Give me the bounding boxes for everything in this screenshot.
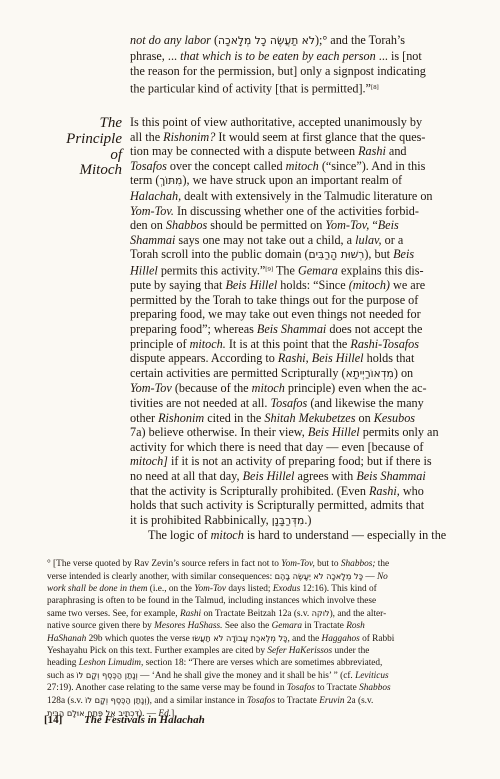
text-run-italic: Rashi xyxy=(358,144,386,158)
text-run: ), and the alter- xyxy=(330,609,387,619)
text-run-italic: Beis Hillel xyxy=(308,425,360,439)
text-line: preparing food”; whereas Beis Shammai do… xyxy=(130,322,459,337)
text-run: says one may not take out a child, a xyxy=(175,233,355,247)
hebrew-phrase: מִתּוֹךְ xyxy=(159,174,182,187)
text-run: ) on xyxy=(394,366,413,380)
text-line: preparing food, we may take out even thi… xyxy=(130,307,459,322)
text-run: 7a) believe otherwise. In their view, xyxy=(130,425,308,439)
hebrew-phrase: מִדְּרַבָּנָן xyxy=(272,514,305,527)
text-run: preparing food”; whereas xyxy=(130,322,257,336)
text-run: should be permitted on xyxy=(207,218,325,232)
text-run-italic: Rashi xyxy=(180,609,201,619)
text-run-italic: mitoch xyxy=(286,159,319,173)
text-run: Torah scroll into the public domain ( xyxy=(130,247,309,261)
text-run-italic: Yom-Tov xyxy=(130,381,172,395)
text-line: not do any labor (לֹא תַעֲשֶׂה כָל מְלָא… xyxy=(130,33,459,49)
text-run: heading xyxy=(47,658,79,668)
text-run: to Tractate xyxy=(315,683,359,693)
hebrew-phrase: וְנָתַן הַכֶּסֶף וְקָם לוֹ xyxy=(85,695,146,705)
text-run: .) xyxy=(304,513,311,527)
text-line: it is prohibited Rabbinically, מִדְּרַבָ… xyxy=(130,513,459,529)
text-run: (i.e., on the xyxy=(147,584,194,594)
text-line: same two verses. See, for example, Rashi… xyxy=(47,607,462,620)
text-line: work shall be done in them (i.e., on the… xyxy=(47,583,462,595)
text-run: under the xyxy=(332,646,369,656)
text-run: activity for which there is need that da… xyxy=(130,440,423,454)
text-line: Shammai says one may not take out a chil… xyxy=(130,233,459,248)
text-run: verse intended is clearly another, with … xyxy=(47,572,275,582)
text-run-italic: Shitah Mekubetzes xyxy=(264,411,355,425)
text-run: tivities are not needed at all. xyxy=(130,396,270,410)
text-line: 27:19). Another case relating to the sam… xyxy=(47,682,462,694)
text-line: HaShanah 29b which quotes the verse כָּל… xyxy=(47,632,462,645)
text-run-italic: Shabbos xyxy=(359,683,391,693)
text-line: paraphrasing is often to be found in the… xyxy=(47,595,462,607)
text-line: no need at all that day, Beis Hillel agr… xyxy=(130,469,459,484)
text-run-italic: Mitoch xyxy=(80,162,123,178)
text-run: See also the xyxy=(223,621,272,631)
text-line: principle of mitoch. It is at this point… xyxy=(130,337,459,352)
text-run: who xyxy=(400,484,424,498)
text-line: Yeshayahu Pick on this text. Further exa… xyxy=(47,645,462,657)
text-run-italic: Gemara xyxy=(272,621,302,631)
text-line: 128a (s.v. וְנָתַן הַכֶּסֶף וְקָם לוֹ), … xyxy=(47,694,462,707)
hebrew-phrase: מִדְאוֹרַיְיתָא xyxy=(346,367,394,380)
text-run: section 18: “There are verses which are … xyxy=(143,658,382,668)
text-line: certain activities are permitted Scriptu… xyxy=(130,366,459,382)
text-line: den on Shabbos should be permitted on Yo… xyxy=(130,218,459,233)
text-line: native source given there by Mesores HaS… xyxy=(47,620,462,632)
text-run-italic: Rashi-Tosafos xyxy=(350,337,419,351)
text-run: all the xyxy=(130,130,163,144)
text-run: native source given there by xyxy=(47,621,154,631)
text-run: permits this activity.” xyxy=(158,264,266,278)
text-run: 2a (s.v. xyxy=(345,696,374,706)
text-run-italic: Kesubos xyxy=(374,411,415,425)
text-run-italic: Halachah, xyxy=(130,189,181,203)
text-line: the reason for the permission, but] only… xyxy=(130,64,459,80)
text-run: cited in the xyxy=(204,411,264,425)
text-run-italic: Shabbos xyxy=(166,218,207,232)
text-line: such as וְנָתַן הַכֶּסֶף וְקָם לוֹ — ‘An… xyxy=(47,669,462,682)
text-run-italic: HaShanah xyxy=(47,634,86,644)
text-run-italic: mitoch xyxy=(252,381,285,395)
text-run-italic: (mitoch) xyxy=(349,278,390,292)
text-run: ° [The verse quoted by Rav Zevin’s sourc… xyxy=(47,559,281,569)
text-run-italic: Yom-Tov, xyxy=(281,559,315,569)
text-run: other xyxy=(130,411,158,425)
text-run: 12:16). This kind of xyxy=(300,584,377,594)
text-run: permits only an xyxy=(360,425,439,439)
text-line: The logic of mitoch is hard to understan… xyxy=(130,528,459,543)
text-run-italic: Beis Hillel xyxy=(243,469,295,483)
text-run-italic: Beis Shammai xyxy=(356,469,425,483)
text-line: Mitoch xyxy=(28,163,122,179)
body-text: Is this point of view authoritative, acc… xyxy=(130,115,459,543)
text-line: holds that such activity is Scripturally… xyxy=(130,498,459,513)
text-run-italic: Beis xyxy=(393,247,414,261)
text-run: on Tractate Beitzah 12a (s.v. xyxy=(201,609,311,619)
text-run-italic: Yom-Tov xyxy=(194,584,226,594)
text-line: Yom-Tov (because of the mitoch principle… xyxy=(130,381,459,396)
text-run: or a xyxy=(382,233,404,247)
text-run: the xyxy=(375,559,389,569)
text-run: 29b which quotes the verse xyxy=(86,634,192,644)
text-run: days listed; xyxy=(226,584,273,594)
text-run-italic: mitoch. xyxy=(190,337,226,351)
text-run: dispute appears. According to xyxy=(130,351,278,365)
text-run-italic: Principle xyxy=(66,131,122,147)
text-run: ), and a similar instance in xyxy=(147,696,247,706)
text-line: activity for which there is need that da… xyxy=(130,440,459,455)
text-line: tion may be connected with a dispute bet… xyxy=(130,144,459,159)
text-run-italic: that which is to be eaten by each person xyxy=(180,49,376,63)
text-run: ... is [not xyxy=(376,49,422,63)
text-run-italic: of xyxy=(110,147,122,163)
text-run: ), but xyxy=(364,247,393,261)
text-run: holds that xyxy=(364,351,415,365)
text-run-italic: Exodus xyxy=(273,584,300,594)
text-run-italic: No xyxy=(377,572,388,582)
book-title: The Festivals in Halachah xyxy=(84,714,205,726)
text-run: , and the xyxy=(287,634,321,644)
text-run-italic: Rosh xyxy=(346,621,365,631)
text-run-italic: Tosafos xyxy=(130,159,167,173)
text-run: but to xyxy=(315,559,341,569)
hebrew-phrase: לֹא תַעֲשֶׂה כָל מְלָאכָה xyxy=(218,34,315,47)
text-run: pute by saying that xyxy=(130,278,225,292)
text-line: other Rishonim cited in the Shitah Mekub… xyxy=(130,411,459,426)
text-run-italic: mitoch] xyxy=(130,454,168,468)
text-run-italic: Sefer HaKerissos xyxy=(267,646,332,656)
text-run-italic: Eruvin xyxy=(319,696,344,706)
text-line: that the activity is Scripturally prohib… xyxy=(130,484,459,499)
text-run: In discussing whether one of the activit… xyxy=(174,204,419,218)
text-run: holds that such activity is Scripturally… xyxy=(130,498,424,512)
text-run-italic: Rishonim? xyxy=(163,130,215,144)
text-run: tion may be connected with a dispute bet… xyxy=(130,144,358,158)
text-run-italic: Hillel xyxy=(130,264,158,278)
text-run-italic: Leshon Limudim, xyxy=(79,658,144,668)
text-run: phrase, ... xyxy=(130,49,180,63)
text-run: permitted by the Torah to take things ou… xyxy=(130,293,418,307)
text-run: certain activities are permitted Scriptu… xyxy=(130,366,346,380)
text-run-italic: Rashi, Beis Hillel xyxy=(278,351,364,365)
text-run-italic: not do any labor xyxy=(130,33,214,47)
text-run: Is this point of view authoritative, acc… xyxy=(130,115,422,129)
footnote-ref: [9] xyxy=(265,266,273,273)
text-run: It would seem at first glance that the q… xyxy=(215,130,425,144)
text-run-italic: Tosafos xyxy=(247,696,275,706)
text-run-italic: work shall be done in them xyxy=(47,584,147,594)
text-run: dealt with extensively in the Talmudic l… xyxy=(181,189,432,203)
text-line: tivities are not needed at all. Tosafos … xyxy=(130,396,459,411)
text-line: Torah scroll into the public domain (רְש… xyxy=(130,247,459,263)
text-run-italic: Rashi, xyxy=(369,484,400,498)
text-run: 128a (s.v. xyxy=(47,696,85,706)
footnote-ref: [8] xyxy=(371,84,379,91)
text-run: no need at all that day, xyxy=(130,469,243,483)
hebrew-phrase: רְשׁוּת הָרַבִּים xyxy=(309,248,365,261)
text-run: 27:19). Another case relating to the sam… xyxy=(47,683,287,693)
footnote: ° [The verse quoted by Rav Zevin’s sourc… xyxy=(47,558,462,720)
text-line: all the Rishonim? It would seem at first… xyxy=(130,130,459,145)
text-line: 7a) believe otherwise. In their view, Be… xyxy=(130,425,459,440)
text-run-italic: Gemara xyxy=(298,264,338,278)
text-run: the reason for the permission, but] only… xyxy=(130,64,426,78)
text-line: dispute appears. According to Rashi, Bei… xyxy=(130,351,459,366)
text-run: — xyxy=(363,572,377,582)
text-run: to Tractate xyxy=(275,696,319,706)
text-run: term ( xyxy=(130,173,159,187)
text-run-italic: Shammai xyxy=(130,233,175,247)
text-run: that the activity is Scripturally prohib… xyxy=(130,484,369,498)
text-run-italic: Tosafos xyxy=(270,396,307,410)
text-run-italic: Beis Shammai xyxy=(257,322,326,336)
text-run-italic: lulav, xyxy=(355,233,382,247)
hebrew-phrase: כָּל מְלֶאכֶת עֲבוֹדָה לֹא תַעֲשׂוּ xyxy=(192,633,287,643)
text-run-italic: Beis xyxy=(378,218,399,232)
text-line: permitted by the Torah to take things ou… xyxy=(130,293,459,308)
text-run: of Rabbi xyxy=(360,634,395,644)
book-page: not do any labor (לֹא תַעֲשֶׂה כָל מְלָא… xyxy=(0,0,500,779)
text-line: Hillel permits this activity.”[9] The Ge… xyxy=(130,263,459,278)
text-run: paraphrasing is often to be found in the… xyxy=(47,596,376,606)
text-run: we are xyxy=(390,278,425,292)
text-run-italic: Haggahos xyxy=(322,634,360,644)
text-run: such as xyxy=(47,671,76,681)
text-run: den on xyxy=(130,218,166,232)
text-run: and xyxy=(386,144,407,158)
text-line: pute by saying that Beis Hillel holds: “… xyxy=(130,278,459,293)
text-line: verse intended is clearly another, with … xyxy=(47,570,462,583)
text-run: ), we have struck upon an important real… xyxy=(182,173,402,187)
text-line: heading Leshon Limudim, section 18: “The… xyxy=(47,657,462,669)
hebrew-phrase: לוקה xyxy=(312,608,330,618)
text-run: — ‘And he shall give the money and it sh… xyxy=(138,671,355,681)
text-line: Yom-Tov. In discussing whether one of th… xyxy=(130,204,459,219)
text-run: preparing food, we may take out even thi… xyxy=(130,307,421,321)
quote-paragraph: not do any labor (לֹא תַעֲשֶׂה כָל מְלָא… xyxy=(130,33,459,97)
text-run: It is at this point that the xyxy=(226,337,351,351)
text-run: does not accept the xyxy=(326,322,422,336)
text-run: The logic of xyxy=(148,528,211,542)
page-number: [14] xyxy=(44,714,62,726)
text-run-italic: The xyxy=(100,115,123,131)
text-run: it is prohibited Rabbinically, xyxy=(130,513,272,527)
text-run: The xyxy=(273,264,298,278)
margin-heading: ThePrincipleofMitoch xyxy=(28,116,122,179)
text-line: Principle xyxy=(28,132,122,148)
text-line: of xyxy=(28,148,122,164)
text-run: on xyxy=(355,411,373,425)
text-run-italic: Beis Hillel xyxy=(225,278,277,292)
text-line: mitoch] if it is not an activity of prep… xyxy=(130,454,459,469)
text-run-italic: Leviticus xyxy=(355,671,389,681)
text-run-italic: Tosafos xyxy=(287,683,315,693)
hebrew-phrase: כָּל מְלָאכָה לֹא יֵעָשֶׂה בָהֶם xyxy=(275,571,363,581)
text-run: (and likewise the many xyxy=(307,396,423,410)
text-run: (because of the xyxy=(172,381,252,395)
text-run: “ xyxy=(369,218,377,232)
text-run: is hard to understand — especially in th… xyxy=(244,528,446,542)
hebrew-phrase: וְנָתַן הַכֶּסֶף וְקָם לוֹ xyxy=(76,670,137,680)
text-run: principle of xyxy=(130,337,190,351)
text-line: the particular kind of activity [that is… xyxy=(130,80,459,97)
text-run-italic: Mesores HaShass. xyxy=(154,621,222,631)
text-run: );° and the Torah’s xyxy=(315,33,405,47)
page-footer: [14] The Festivals in Halachah xyxy=(44,714,205,726)
text-run: holds: “Since xyxy=(277,278,348,292)
text-line: term (מִתּוֹךְ), we have struck upon an … xyxy=(130,173,459,189)
text-line: The xyxy=(28,116,122,132)
text-line: phrase, ... that which is to be eaten by… xyxy=(130,49,459,65)
text-run-italic: Yom-Tov, xyxy=(325,218,369,232)
text-run: (“since”). And in this xyxy=(319,159,426,173)
text-run: explains this dis- xyxy=(338,264,424,278)
text-line: Halachah, dealt with extensively in the … xyxy=(130,189,459,204)
text-run: over the concept called xyxy=(167,159,286,173)
text-line: Is this point of view authoritative, acc… xyxy=(130,115,459,130)
text-run: in Tractate xyxy=(302,621,346,631)
text-line: Tosafos over the concept called mitoch (… xyxy=(130,159,459,174)
text-run: Yeshayahu Pick on this text. Further exa… xyxy=(47,646,267,656)
text-line: ° [The verse quoted by Rav Zevin’s sourc… xyxy=(47,558,462,570)
text-run-italic: Shabbos; xyxy=(341,559,376,569)
text-run: same two verses. See, for example, xyxy=(47,609,180,619)
text-run: if it is not an activity of preparing fo… xyxy=(168,454,432,468)
text-run: principle) even when the ac- xyxy=(285,381,427,395)
text-run-italic: mitoch xyxy=(211,528,244,542)
text-run: agrees with xyxy=(294,469,356,483)
text-run-italic: Yom-Tov. xyxy=(130,204,174,218)
text-run-italic: Rishonim xyxy=(158,411,204,425)
text-run: the particular kind of activity [that is… xyxy=(130,81,371,95)
